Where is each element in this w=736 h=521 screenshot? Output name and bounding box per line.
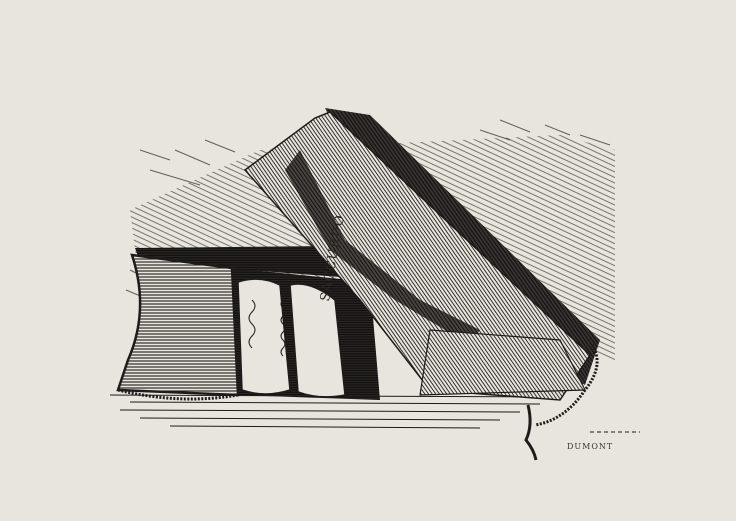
artist-signature: DUMONT (567, 442, 613, 451)
books-engraving (0, 0, 736, 521)
engraving-page: SACCURDO DUMONT (0, 0, 736, 521)
